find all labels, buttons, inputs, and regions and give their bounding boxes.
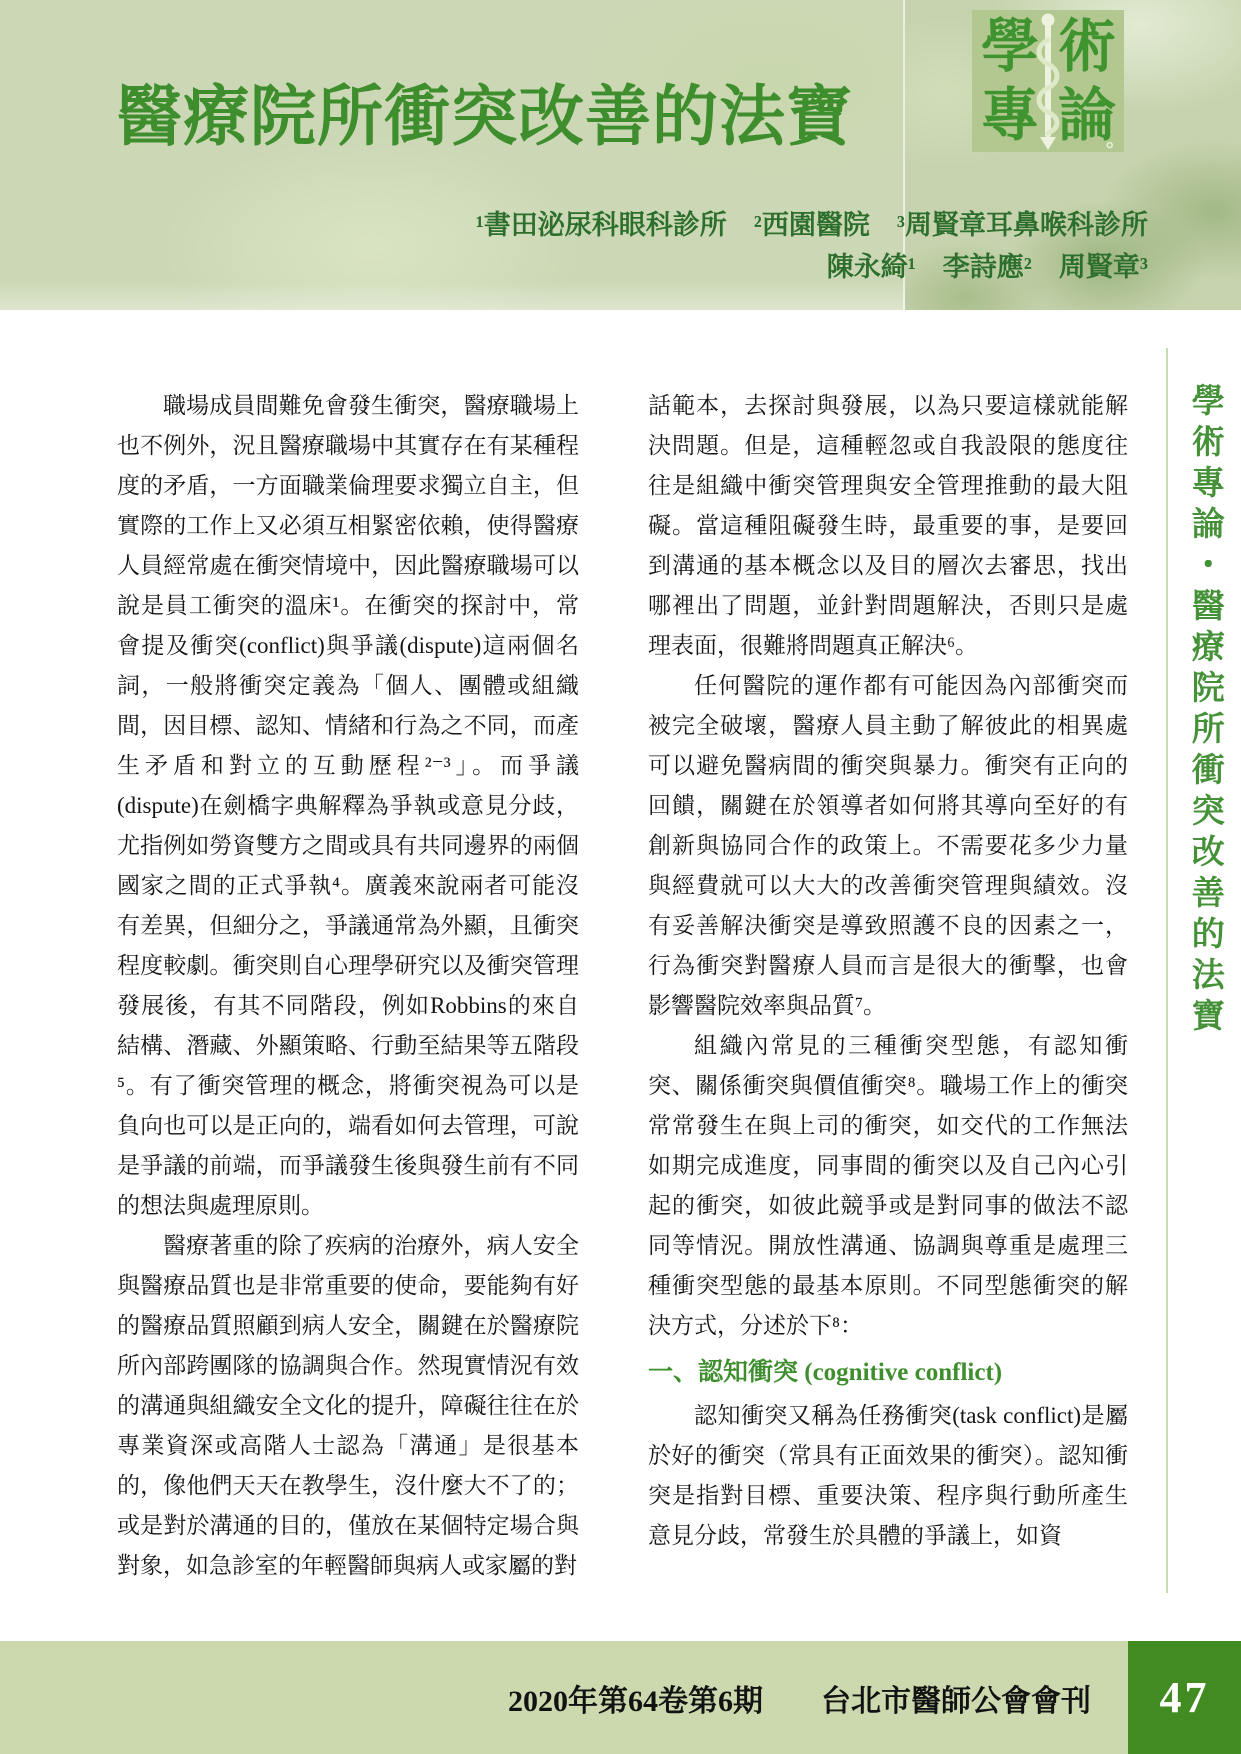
issue-info: 2020年第64卷第6期 xyxy=(508,1676,763,1720)
academic-column-badge: 學 術 專 論 。 xyxy=(972,10,1124,152)
paragraph: 組織內常見的三種衝突型態，有認知衝突、關係衝突與價值衝突⁸。職場工作上的衝突常常… xyxy=(648,1026,1128,1346)
page-number-box: 47 xyxy=(1128,1641,1241,1754)
text-column-left: 職場成員間難免會發生衝突，醫療職場上也不例外，況且醫療職場中其實存在有某種程度的… xyxy=(117,386,579,1586)
author-affiliations: ¹書田泌尿科眼科診所 ²西園醫院 ³周賢章耳鼻喉科診所 xyxy=(476,204,1148,246)
journal-name: 台北市醫師公會會刊 xyxy=(821,1676,1091,1720)
page-number: 47 xyxy=(1160,1672,1210,1723)
byline-block: ¹書田泌尿科眼科診所 ²西園醫院 ³周賢章耳鼻喉科診所 陳永綺¹ 李詩應² 周賢… xyxy=(476,204,1148,288)
caduceus-icon xyxy=(1031,12,1065,150)
paragraph: 話範本，去探討與發展，以為只要這樣就能解決問題。但是，這種輕忽或自我設限的態度往… xyxy=(648,386,1128,666)
sidebar-rule-line xyxy=(1166,348,1168,1593)
page-footer: 2020年第64卷第6期 台北市醫師公會會刊 47 xyxy=(0,1641,1241,1754)
footer-issue-line: 2020年第64卷第6期 台北市醫師公會會刊 xyxy=(508,1641,1091,1754)
sidebar-running-title: 學術專論・醫療院所衝突改善的法寶 xyxy=(1178,383,1231,1483)
text-column-right: 話範本，去探討與發展，以為只要這樣就能解決問題。但是，這種輕忽或自我設限的態度往… xyxy=(648,386,1128,1556)
page-header: 醫療院所衝突改善的法寶 學 術 專 論 。 ¹書田泌尿科眼科診所 ²西園醫院 ³… xyxy=(0,0,1241,310)
author-names: 陳永綺¹ 李詩應² 周賢章³ xyxy=(476,246,1148,288)
journal-page: 醫療院所衝突改善的法寶 學 術 專 論 。 ¹書田泌尿科眼科診所 ²西園醫院 ³… xyxy=(0,0,1241,1754)
paragraph: 職場成員間難免會發生衝突，醫療職場上也不例外，況且醫療職場中其實存在有某種程度的… xyxy=(117,386,579,1226)
article-title: 醫療院所衝突改善的法寶 xyxy=(116,82,853,155)
paragraph: 認知衝突又稱為任務衝突(task conflict)是屬於好的衝突（常具有正面效… xyxy=(648,1396,1128,1556)
section-heading: 一、認知衝突 (cognitive conflict) xyxy=(648,1353,1128,1393)
paragraph: 醫療著重的除了疾病的治療外，病人安全與醫療品質也是非常重要的使命，要能夠有好的醫… xyxy=(117,1226,579,1586)
badge-char: 術 xyxy=(1058,18,1116,76)
paragraph: 任何醫院的運作都有可能因為內部衝突而被完全破壞，醫療人員主動了解彼此的相異處可以… xyxy=(648,666,1128,1026)
badge-period-mark: 。 xyxy=(1106,130,1126,150)
